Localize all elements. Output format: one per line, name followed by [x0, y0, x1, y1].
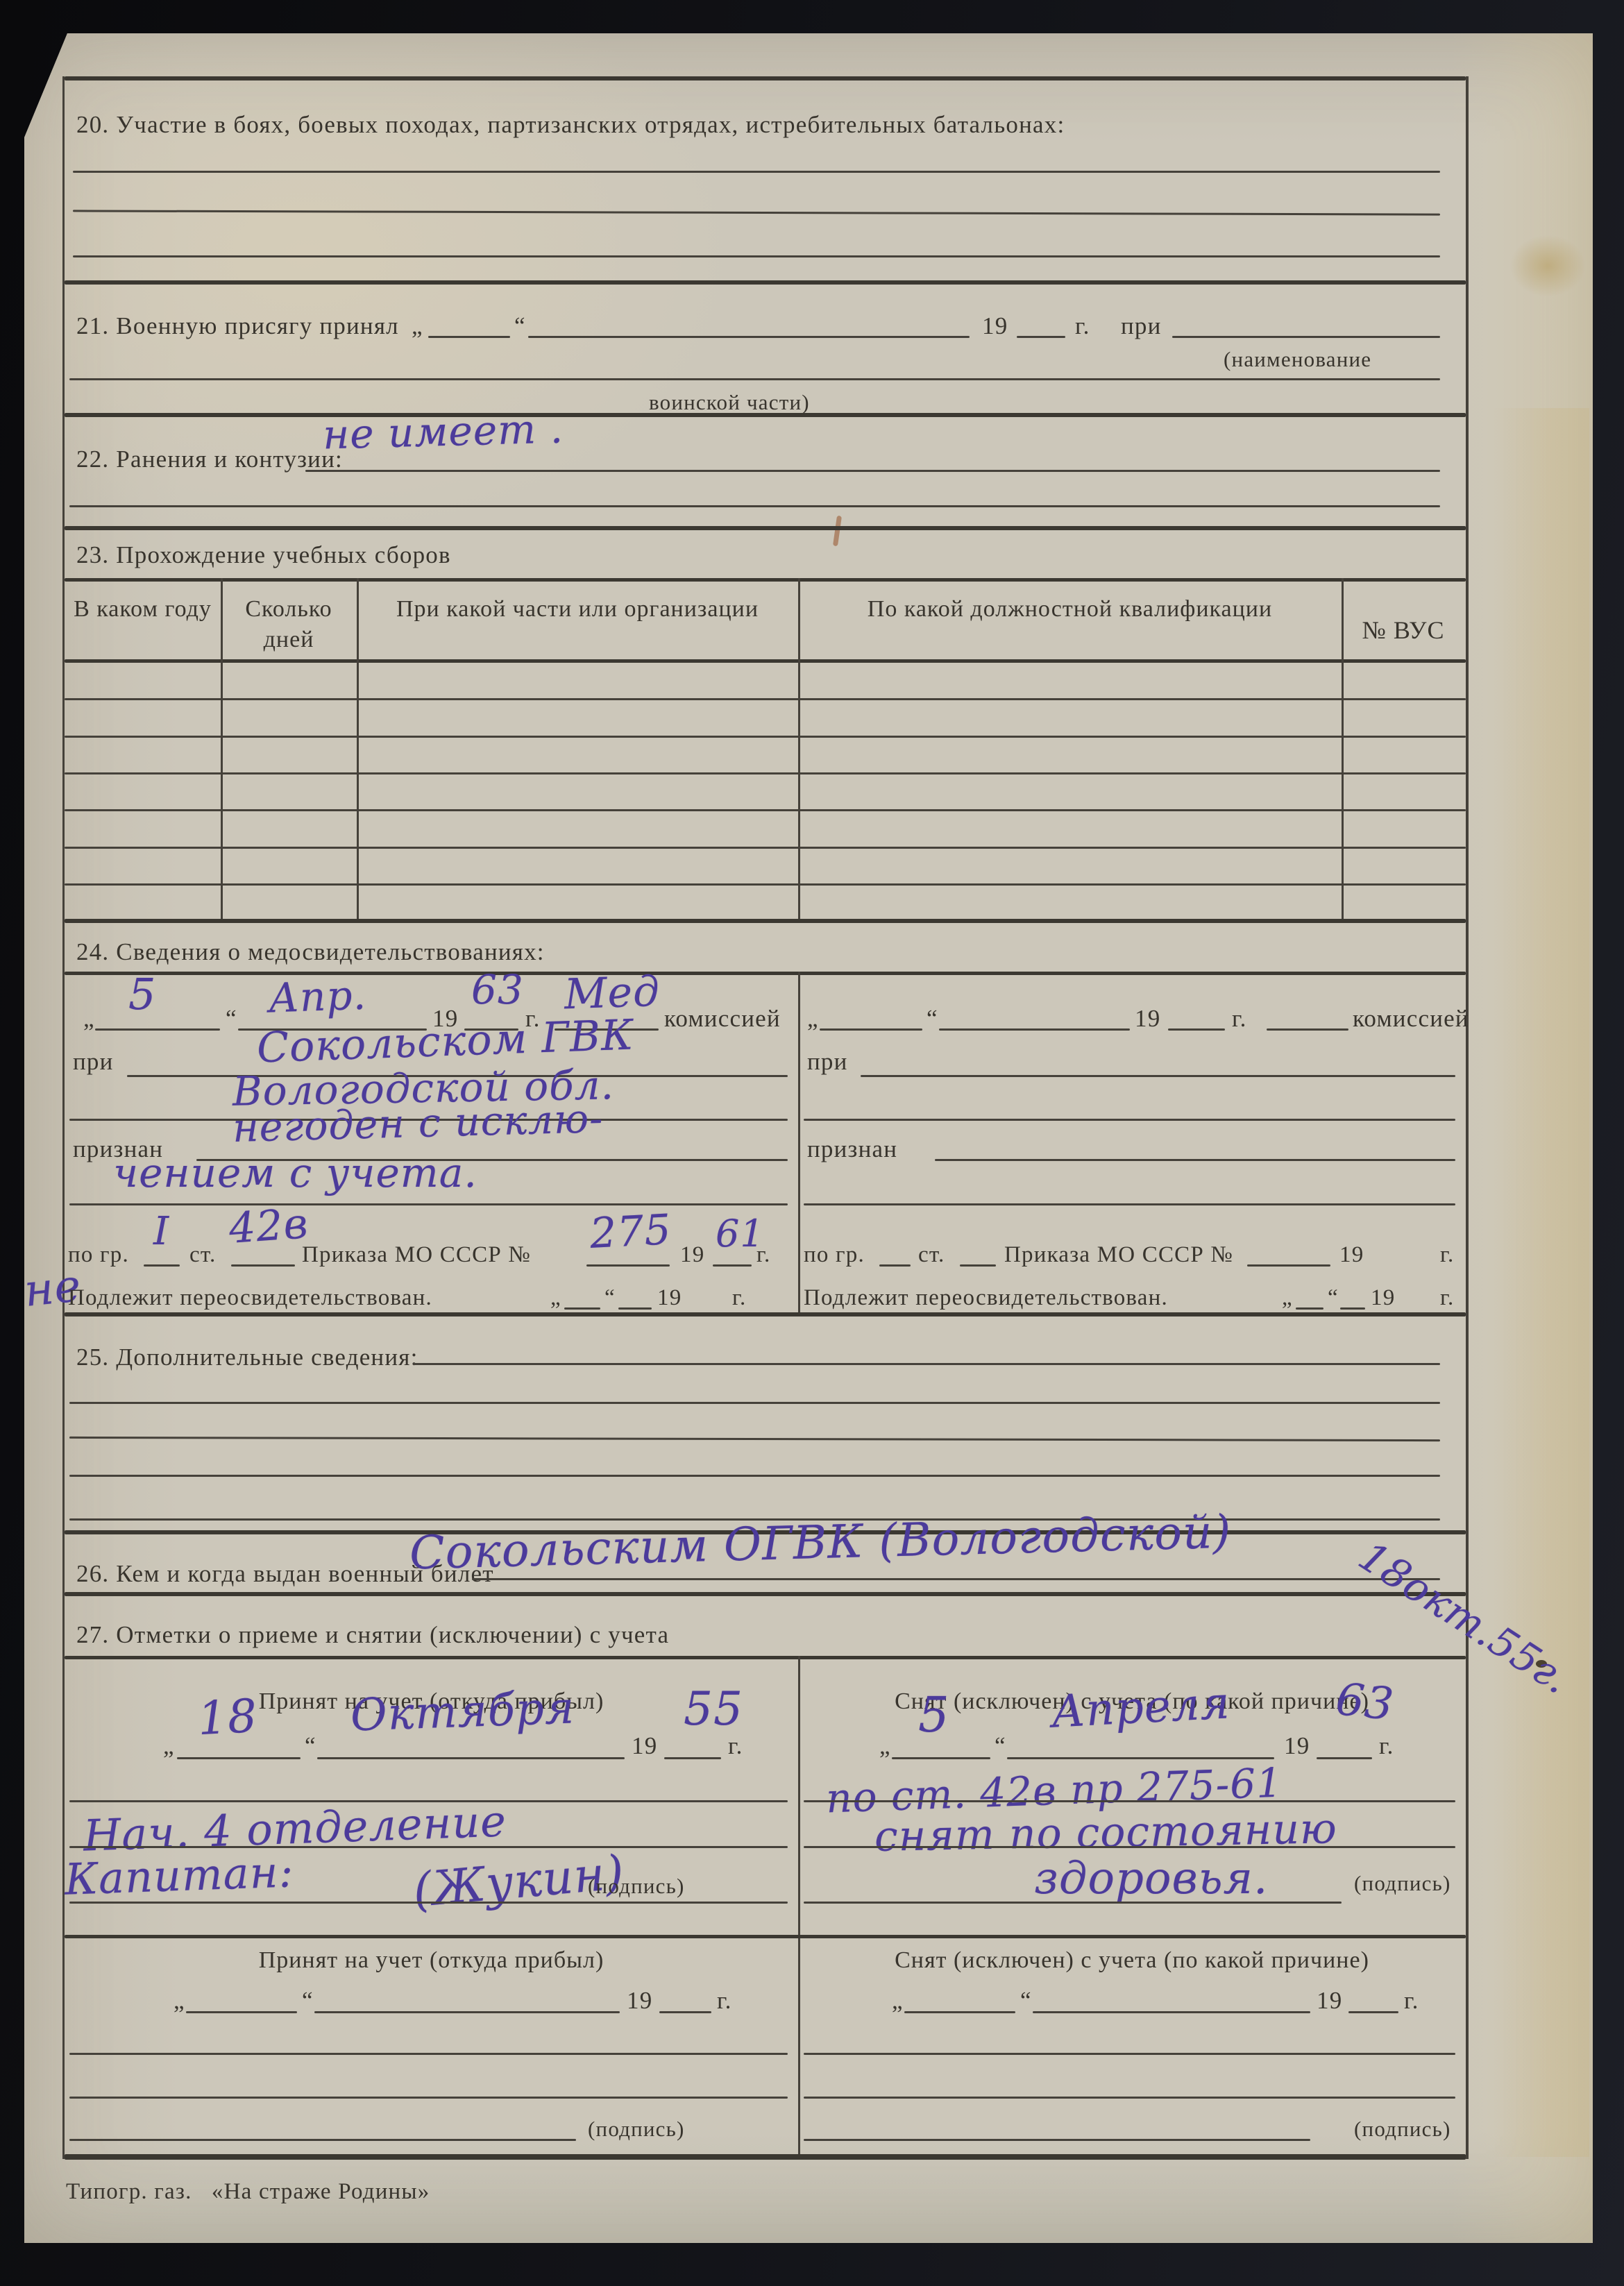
- handwriting-day: 5: [918, 1686, 950, 1743]
- table-row-rule: [65, 847, 1466, 849]
- year-19: 19: [1371, 1285, 1395, 1311]
- pri-label: при: [73, 1048, 114, 1076]
- month-blank: [1033, 2011, 1310, 2013]
- year-19: 19: [632, 1732, 657, 1760]
- cell-rule: [804, 2139, 1310, 2141]
- close-quote: “: [1020, 1987, 1032, 2015]
- handwriting-med-year: 63: [471, 966, 524, 1013]
- prikaz-label: Приказа МО СССР №: [1004, 1242, 1233, 1268]
- answer-rule: [472, 1578, 1440, 1580]
- date-blank: [1340, 1307, 1365, 1310]
- cell-rule: [804, 2097, 1455, 2099]
- st-label: ст.: [918, 1242, 945, 1268]
- year-g: г.: [1075, 312, 1090, 340]
- podpis-label: (подпись): [1354, 2117, 1451, 2142]
- year-g: г.: [717, 1987, 732, 2015]
- form-top-border: [65, 76, 1466, 81]
- blank-rule: [69, 1402, 1440, 1404]
- col-header-days: Сколько дней: [224, 594, 353, 655]
- section24-title: 24. Сведения о медосвидетельствованиях:: [76, 938, 545, 966]
- col-divider: [1342, 578, 1344, 921]
- col-header-unit: При какой части или организации: [360, 594, 795, 625]
- col-header-vus: № ВУС: [1343, 615, 1464, 645]
- col-divider: [798, 578, 800, 921]
- handwriting-priznan-1: негоден с исклю-: [232, 1096, 604, 1151]
- st-label: ст.: [189, 1242, 216, 1268]
- form-right-border: [1466, 76, 1469, 2159]
- day-blank: [904, 2011, 1015, 2013]
- answer-rule: [413, 1363, 1440, 1365]
- cell-rule: [69, 1846, 788, 1848]
- podlezhit-label: Подлежит переосвидетельствован.: [804, 1285, 1168, 1311]
- prikaz-no-blank: [1247, 1264, 1330, 1267]
- open-quote: „: [1282, 1285, 1293, 1311]
- day-blank: [428, 336, 510, 338]
- handwriting-prikaz-no: 275: [589, 1205, 673, 1258]
- handwriting-priznan-2: чением с учета.: [113, 1149, 477, 1196]
- handwriting-st: 42в: [228, 1199, 310, 1253]
- close-quote: “: [927, 1005, 938, 1033]
- pri-rule-2: [804, 1119, 1455, 1121]
- section24-divider: [798, 972, 800, 1316]
- priznan-rule-2: [804, 1203, 1455, 1205]
- gr-blank: [879, 1264, 911, 1267]
- po-gr-label: по гр.: [804, 1242, 865, 1268]
- day-blank: [1296, 1307, 1323, 1310]
- open-quote: „: [879, 1732, 891, 1760]
- year-blank: [659, 2011, 711, 2013]
- day-blank: [892, 1757, 990, 1759]
- unit-blank: [1172, 336, 1440, 338]
- month-blank: [1007, 1757, 1274, 1759]
- day-blank: [564, 1307, 600, 1310]
- section-separator: [65, 526, 1466, 530]
- handwriting-year: 63: [1333, 1674, 1396, 1731]
- table-bottom-border: [65, 919, 1466, 923]
- cell-rule: [804, 1902, 1342, 1904]
- month-blank: [939, 1028, 1130, 1031]
- table-top-border: [65, 1656, 1466, 1659]
- podpis-label: (подпись): [588, 2117, 685, 2142]
- col-divider: [221, 578, 223, 921]
- section21-label: 21. Военную присягу принял: [76, 312, 399, 340]
- st-blank: [960, 1264, 996, 1267]
- date-blank: [618, 1307, 652, 1310]
- priznan-rule: [935, 1159, 1455, 1161]
- year-19: 19: [657, 1285, 682, 1311]
- handwriting-reason-3: здоровья.: [1034, 1853, 1268, 1904]
- day-blank: [186, 2011, 297, 2013]
- document-page: 20. Участие в боях, боевых походах, парт…: [24, 33, 1593, 2243]
- cell-rule: [804, 1800, 1455, 1802]
- st-blank: [231, 1264, 295, 1267]
- col-header-year: В каком году: [68, 594, 217, 625]
- open-quote: „: [174, 1987, 185, 2015]
- podlezhit-label: Подлежит переосвидетельствован.: [68, 1285, 432, 1311]
- header-underline: [65, 659, 1466, 663]
- section25-title: 25. Дополнительные сведения:: [76, 1344, 418, 1371]
- removed-header: Снят (исключен) с учета (по какой причин…: [798, 1945, 1466, 1976]
- section23-title: 23. Прохождение учебных сборов: [76, 541, 451, 569]
- year-19: 19: [1135, 1005, 1160, 1033]
- year-19: 19: [627, 1987, 652, 2015]
- podpis-label: (подпись): [588, 1874, 685, 1899]
- blank-rule: [73, 210, 1440, 215]
- commission-label: комиссией: [664, 1005, 781, 1033]
- close-quote: “: [514, 312, 526, 340]
- answer-rule: [305, 470, 1440, 472]
- cell-rule: [804, 2053, 1455, 2055]
- table-row-rule: [65, 698, 1466, 700]
- handwriting-issued-by: Сокольским ОГВК (Вологодской): [409, 1505, 1232, 1580]
- section27-title: 27. Отметки о приеме и снятии (исключени…: [76, 1621, 669, 1649]
- table-row-rule: [65, 809, 1466, 811]
- year-19: 19: [1339, 1242, 1364, 1268]
- priznan-label: признан: [807, 1135, 897, 1163]
- year-blank: [1348, 2011, 1398, 2013]
- close-quote: “: [302, 1987, 314, 2015]
- handwriting-med-month: Апр.: [268, 972, 367, 1022]
- year-19: 19: [1317, 1987, 1342, 2015]
- form-left-border: [62, 76, 65, 2159]
- cell-rule: [804, 1846, 1455, 1848]
- blank-rule: [73, 171, 1440, 173]
- day-blank: [177, 1757, 301, 1759]
- year-g: г.: [1440, 1285, 1454, 1311]
- open-quote: „: [550, 1285, 561, 1311]
- year-g: г.: [1232, 1005, 1247, 1033]
- open-quote: „: [412, 312, 423, 340]
- month-blank: [528, 336, 970, 338]
- pri-label: при: [1121, 312, 1162, 340]
- handwriting-issued-date: 18окт.55г.: [1351, 1532, 1579, 1704]
- cell-rule: [69, 2097, 788, 2099]
- rust-mark: [833, 516, 842, 547]
- handwriting-month: Октября: [350, 1682, 576, 1741]
- yellow-edge-strip: [1492, 408, 1589, 2157]
- year-blank: [1317, 1757, 1372, 1759]
- section-separator: [65, 1592, 1466, 1596]
- open-quote: „: [163, 1732, 175, 1760]
- year-g: г.: [1440, 1242, 1454, 1268]
- section-separator: [65, 1312, 1466, 1316]
- blank-rule: [69, 505, 1440, 507]
- gr-blank: [144, 1264, 180, 1267]
- close-quote: “: [995, 1732, 1006, 1760]
- month-blank: [317, 1757, 625, 1759]
- cell-rule: [69, 2053, 788, 2055]
- year-blank: [713, 1264, 752, 1267]
- close-quote: “: [305, 1732, 316, 1760]
- prikaz-label: Приказа МО СССР №: [302, 1242, 531, 1268]
- year-blank: [1168, 1028, 1225, 1031]
- year-g: г.: [732, 1285, 746, 1311]
- handwriting-med-day: 5: [128, 969, 156, 1019]
- handwriting-gr: I: [153, 1209, 169, 1254]
- cell-rule: [69, 2139, 576, 2141]
- section20-title: 20. Участие в боях, боевых походах, парт…: [76, 111, 1065, 139]
- handwriting-month: Апреля: [1050, 1677, 1231, 1738]
- handwriting-day: 18: [196, 1689, 259, 1745]
- commission-label: комиссией: [1353, 1005, 1469, 1033]
- close-quote: “: [604, 1285, 616, 1311]
- handwriting-year: 55: [684, 1682, 743, 1736]
- yellow-stain: [1509, 235, 1586, 297]
- col-header-qualification: По какой должностной квалификации: [802, 594, 1338, 625]
- close-quote: “: [1328, 1285, 1339, 1311]
- year-19: 19: [1284, 1732, 1310, 1760]
- day-blank: [820, 1028, 922, 1031]
- hint-naimenovanie: (наименование: [1224, 347, 1371, 372]
- section22-label: 22. Ранения и контузии:: [76, 446, 343, 473]
- year-19: 19: [680, 1242, 704, 1268]
- close-quote: “: [226, 1005, 237, 1033]
- table-divider: [798, 1656, 800, 2158]
- print-shop-footer: Типогр. газ. «На страже Родины»: [66, 2179, 430, 2205]
- open-quote: „: [892, 1987, 904, 2015]
- handwriting-wounds: не имеет .: [322, 405, 564, 458]
- year-g: г.: [1379, 1732, 1394, 1760]
- table-row-rule: [65, 736, 1466, 738]
- blank-rule: [73, 255, 1440, 257]
- table-top-border: [65, 578, 1466, 582]
- row-separator: [65, 1935, 1466, 1938]
- unit-blank-2: [69, 378, 1440, 380]
- pri-rule: [861, 1075, 1455, 1077]
- prikaz-no-blank: [586, 1264, 670, 1267]
- commission-blank: [1267, 1028, 1348, 1031]
- year-blank: [1017, 336, 1065, 338]
- table-row-rule: [65, 883, 1466, 886]
- day-blank: [95, 1028, 220, 1031]
- scan-background: { "glyphs": { "oq": "„", "cq": "“", "n19…: [0, 0, 1624, 2286]
- year-g: г.: [728, 1732, 743, 1760]
- open-quote: „: [83, 1005, 95, 1033]
- blank-rule: [69, 1437, 1440, 1441]
- cell-rule: [69, 1902, 788, 1904]
- month-blank: [314, 2011, 620, 2013]
- col-divider: [357, 578, 359, 921]
- hint-voinskoy-chasti: воинской части): [649, 390, 810, 415]
- accepted-header: Принят на учет (откуда прибыл): [65, 1945, 798, 1976]
- table-row-rule: [65, 772, 1466, 774]
- priznan-rule-2: [69, 1203, 788, 1205]
- year-blank: [664, 1757, 721, 1759]
- podpis-label: (подпись): [1354, 1871, 1451, 1896]
- table-bottom-border: [65, 2154, 1466, 2160]
- year-19: 19: [982, 312, 1008, 340]
- pri-label: при: [807, 1048, 848, 1076]
- year-g: г.: [756, 1242, 770, 1268]
- handwriting-rank: Капитан:: [64, 1846, 295, 1904]
- open-quote: „: [807, 1005, 819, 1033]
- blank-rule: [69, 1475, 1440, 1477]
- year-g: г.: [1404, 1987, 1419, 2015]
- section-separator: [65, 280, 1466, 285]
- section-separator: [65, 413, 1466, 417]
